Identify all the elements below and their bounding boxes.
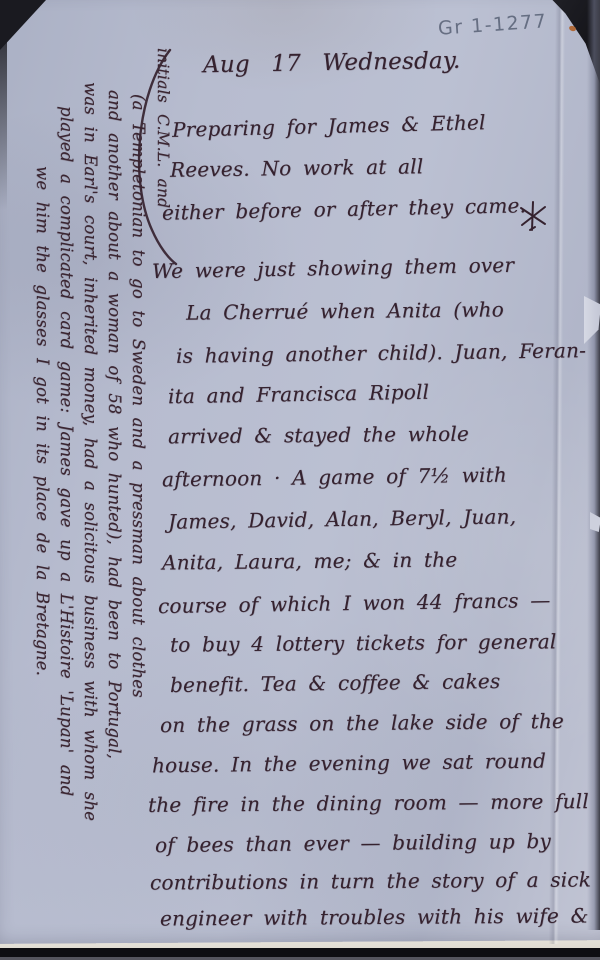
diary-line: Anita, Laura, me; & in the [162, 547, 458, 574]
date-heading: Aug 17 Wednesday. [203, 48, 461, 78]
asterisk-mark [518, 200, 548, 232]
margin-note-line: we him the glasses I got in its place de… [33, 166, 52, 676]
margin-note-line: and another about a woman of 58 who hunt… [105, 90, 124, 759]
diary-line: house. In the evening we sat round [152, 749, 546, 778]
diary-line: arrived & stayed the whole [168, 422, 469, 449]
margin-note-line: played a complicated card game: James ga… [57, 106, 76, 796]
diary-line: the fire in the dining room — more full [148, 789, 589, 817]
margin-note-line: was in Earl's court, inherited money, ha… [81, 82, 100, 821]
diary-line: La Cherrué when Anita (who [186, 297, 504, 324]
diary-line: to buy 4 lottery tickets for general [170, 629, 557, 656]
diary-line: of bees than ever — building up by [155, 829, 551, 857]
diary-line: engineer with troubles with his wife & [160, 904, 589, 931]
diary-line: on the grass on the lake side of the [160, 709, 564, 737]
diary-line: Reeves. No work at all [170, 154, 424, 182]
paper-edge-left [0, 0, 7, 210]
diary-line: afternoon · A game of 7½ with [162, 463, 507, 492]
diary-line: contributions in turn the story of a sic… [150, 867, 591, 894]
diary-line: benefit. Tea & coffee & cakes [170, 669, 501, 697]
margin-note-line: initials C.M.L. and [154, 48, 172, 208]
diary-line: ita and Francisca Ripoll [168, 380, 430, 409]
margin-note-line: (a Templetonian to go to Sweden and a pr… [129, 94, 148, 698]
paper-edge-right [587, 0, 600, 930]
